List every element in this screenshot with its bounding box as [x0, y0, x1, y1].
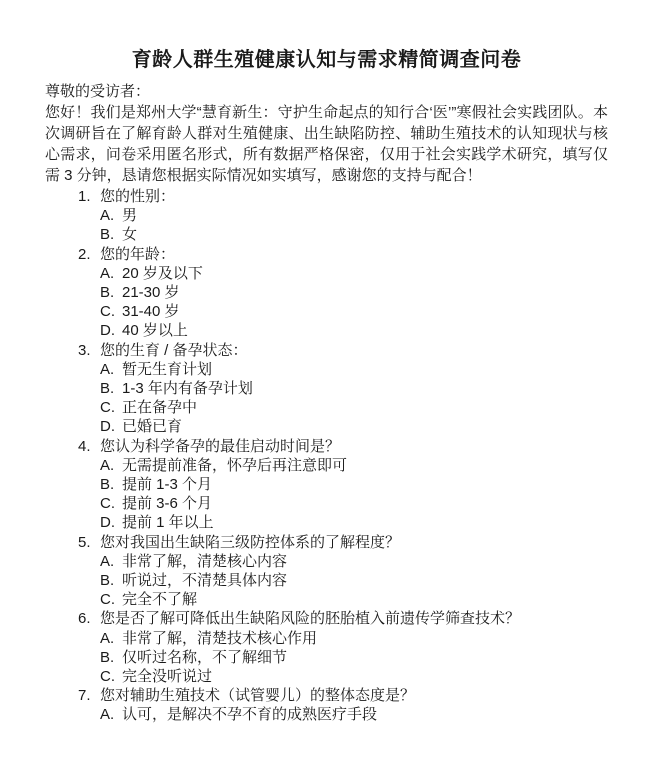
option-list: A. 认可，是解决不孕不育的成熟医疗手段 — [45, 705, 608, 724]
question-line: 4. 您认为科学备孕的最佳启动时间是？ — [78, 437, 608, 456]
option-text: 1-3 年内有备孕计划 — [122, 379, 253, 398]
question-item: 7. 您对辅助生殖技术（试管婴儿）的整体态度是？ A. 认可，是解决不孕不育的成… — [45, 686, 608, 724]
option-text: 提前 1 年以上 — [122, 513, 214, 532]
question-text: 您的生育 / 备孕状态： — [100, 341, 248, 360]
option-text: 暂无生育计划 — [122, 360, 212, 379]
option-label: C. — [100, 590, 122, 609]
option-list: A. 非常了解，清楚技术核心作用 B. 仅听过名称，不了解细节 C. 完全没听说… — [45, 629, 608, 687]
option-text: 完全没听说过 — [122, 667, 212, 686]
option-item: D. 40 岁以上 — [100, 321, 608, 340]
question-number: 4. — [78, 437, 100, 456]
question-number: 3. — [78, 341, 100, 360]
option-item: B. 提前 1-3 个月 — [100, 475, 608, 494]
question-text: 您认为科学备孕的最佳启动时间是？ — [100, 437, 340, 456]
option-item: C. 正在备孕中 — [100, 398, 608, 417]
intro-paragraph: 您好！我们是郑州大学“慧育新生：守护生命起点的知行合‘医’”寒假社会实践团队。本… — [45, 102, 608, 186]
option-label: A. — [100, 552, 122, 571]
option-label: B. — [100, 283, 122, 302]
question-item: 3. 您的生育 / 备孕状态： A. 暂无生育计划 B. 1-3 年内有备孕计划… — [45, 341, 608, 437]
question-number: 1. — [78, 187, 100, 206]
question-item: 1. 您的性别： A. 男 B. 女 — [45, 187, 608, 245]
question-number: 7. — [78, 686, 100, 705]
option-item: B. 21-30 岁 — [100, 283, 608, 302]
option-label: D. — [100, 513, 122, 532]
option-text: 提前 1-3 个月 — [122, 475, 212, 494]
option-label: B. — [100, 571, 122, 590]
option-text: 无需提前准备，怀孕后再注意即可 — [122, 456, 347, 475]
option-item: C. 完全不了解 — [100, 590, 608, 609]
option-text: 完全不了解 — [122, 590, 197, 609]
option-label: A. — [100, 629, 122, 648]
option-item: A. 无需提前准备，怀孕后再注意即可 — [100, 456, 608, 475]
option-item: C. 31-40 岁 — [100, 302, 608, 321]
option-item: A. 暂无生育计划 — [100, 360, 608, 379]
option-label: A. — [100, 705, 122, 724]
option-list: A. 暂无生育计划 B. 1-3 年内有备孕计划 C. 正在备孕中 D. 已婚已… — [45, 360, 608, 437]
option-label: B. — [100, 225, 122, 244]
question-line: 2. 您的年龄： — [78, 245, 608, 264]
option-text: 非常了解，清楚核心内容 — [122, 552, 287, 571]
option-text: 40 岁以上 — [122, 321, 188, 340]
option-text: 认可，是解决不孕不育的成熟医疗手段 — [122, 705, 377, 724]
option-item: C. 完全没听说过 — [100, 667, 608, 686]
question-text: 您的性别： — [100, 187, 175, 206]
option-list: A. 非常了解，清楚核心内容 B. 听说过，不清楚具体内容 C. 完全不了解 — [45, 552, 608, 610]
question-number: 2. — [78, 245, 100, 264]
option-label: B. — [100, 475, 122, 494]
question-item: 4. 您认为科学备孕的最佳启动时间是？ A. 无需提前准备，怀孕后再注意即可 B… — [45, 437, 608, 533]
question-text: 您是否了解可降低出生缺陷风险的胚胎植入前遗传学筛查技术？ — [100, 609, 520, 628]
option-text: 仅听过名称，不了解细节 — [122, 648, 287, 667]
option-text: 正在备孕中 — [122, 398, 197, 417]
option-text: 20 岁及以下 — [122, 264, 203, 283]
question-line: 5. 您对我国出生缺陷三级防控体系的了解程度？ — [78, 533, 608, 552]
option-label: C. — [100, 494, 122, 513]
option-label: C. — [100, 302, 122, 321]
option-item: B. 1-3 年内有备孕计划 — [100, 379, 608, 398]
question-list: 1. 您的性别： A. 男 B. 女 2. 您的年龄： A. 20 岁及以下 B… — [45, 187, 608, 725]
question-number: 6. — [78, 609, 100, 628]
option-text: 女 — [122, 225, 137, 244]
option-list: A. 无需提前准备，怀孕后再注意即可 B. 提前 1-3 个月 C. 提前 3-… — [45, 456, 608, 533]
option-text: 提前 3-6 个月 — [122, 494, 212, 513]
option-item: B. 听说过，不清楚具体内容 — [100, 571, 608, 590]
question-line: 7. 您对辅助生殖技术（试管婴儿）的整体态度是？ — [78, 686, 608, 705]
question-item: 5. 您对我国出生缺陷三级防控体系的了解程度？ A. 非常了解，清楚核心内容 B… — [45, 533, 608, 610]
question-item: 2. 您的年龄： A. 20 岁及以下 B. 21-30 岁 C. 31-40 … — [45, 245, 608, 341]
option-list: A. 男 B. 女 — [45, 206, 608, 244]
option-list: A. 20 岁及以下 B. 21-30 岁 C. 31-40 岁 D. 40 岁… — [45, 264, 608, 341]
question-line: 3. 您的生育 / 备孕状态： — [78, 341, 608, 360]
option-item: A. 非常了解，清楚核心内容 — [100, 552, 608, 571]
option-item: C. 提前 3-6 个月 — [100, 494, 608, 513]
question-item: 6. 您是否了解可降低出生缺陷风险的胚胎植入前遗传学筛查技术？ A. 非常了解，… — [45, 609, 608, 686]
option-label: D. — [100, 417, 122, 436]
option-text: 非常了解，清楚技术核心作用 — [122, 629, 317, 648]
question-number: 5. — [78, 533, 100, 552]
document-page: 育龄人群生殖健康认知与需求精简调查问卷 尊敬的受访者： 您好！我们是郑州大学“慧… — [0, 0, 650, 766]
salutation: 尊敬的受访者： — [45, 81, 608, 102]
option-item: A. 认可，是解决不孕不育的成熟医疗手段 — [100, 705, 608, 724]
option-item: A. 非常了解，清楚技术核心作用 — [100, 629, 608, 648]
option-label: A. — [100, 360, 122, 379]
option-label: C. — [100, 398, 122, 417]
question-text: 您的年龄： — [100, 245, 175, 264]
option-text: 男 — [122, 206, 137, 225]
option-item: B. 女 — [100, 225, 608, 244]
option-item: D. 已婚已育 — [100, 417, 608, 436]
option-text: 21-30 岁 — [122, 283, 180, 302]
option-label: A. — [100, 206, 122, 225]
option-item: B. 仅听过名称，不了解细节 — [100, 648, 608, 667]
question-line: 6. 您是否了解可降低出生缺陷风险的胚胎植入前遗传学筛查技术？ — [78, 609, 608, 628]
question-text: 您对我国出生缺陷三级防控体系的了解程度？ — [100, 533, 400, 552]
option-text: 听说过，不清楚具体内容 — [122, 571, 287, 590]
option-text: 31-40 岁 — [122, 302, 180, 321]
option-label: C. — [100, 667, 122, 686]
question-text: 您对辅助生殖技术（试管婴儿）的整体态度是？ — [100, 686, 415, 705]
option-item: A. 男 — [100, 206, 608, 225]
option-label: B. — [100, 648, 122, 667]
option-item: A. 20 岁及以下 — [100, 264, 608, 283]
option-label: D. — [100, 321, 122, 340]
option-label: A. — [100, 264, 122, 283]
option-label: A. — [100, 456, 122, 475]
question-line: 1. 您的性别： — [78, 187, 608, 206]
option-text: 已婚已育 — [122, 417, 182, 436]
page-title: 育龄人群生殖健康认知与需求精简调查问卷 — [45, 46, 608, 74]
option-label: B. — [100, 379, 122, 398]
option-item: D. 提前 1 年以上 — [100, 513, 608, 532]
